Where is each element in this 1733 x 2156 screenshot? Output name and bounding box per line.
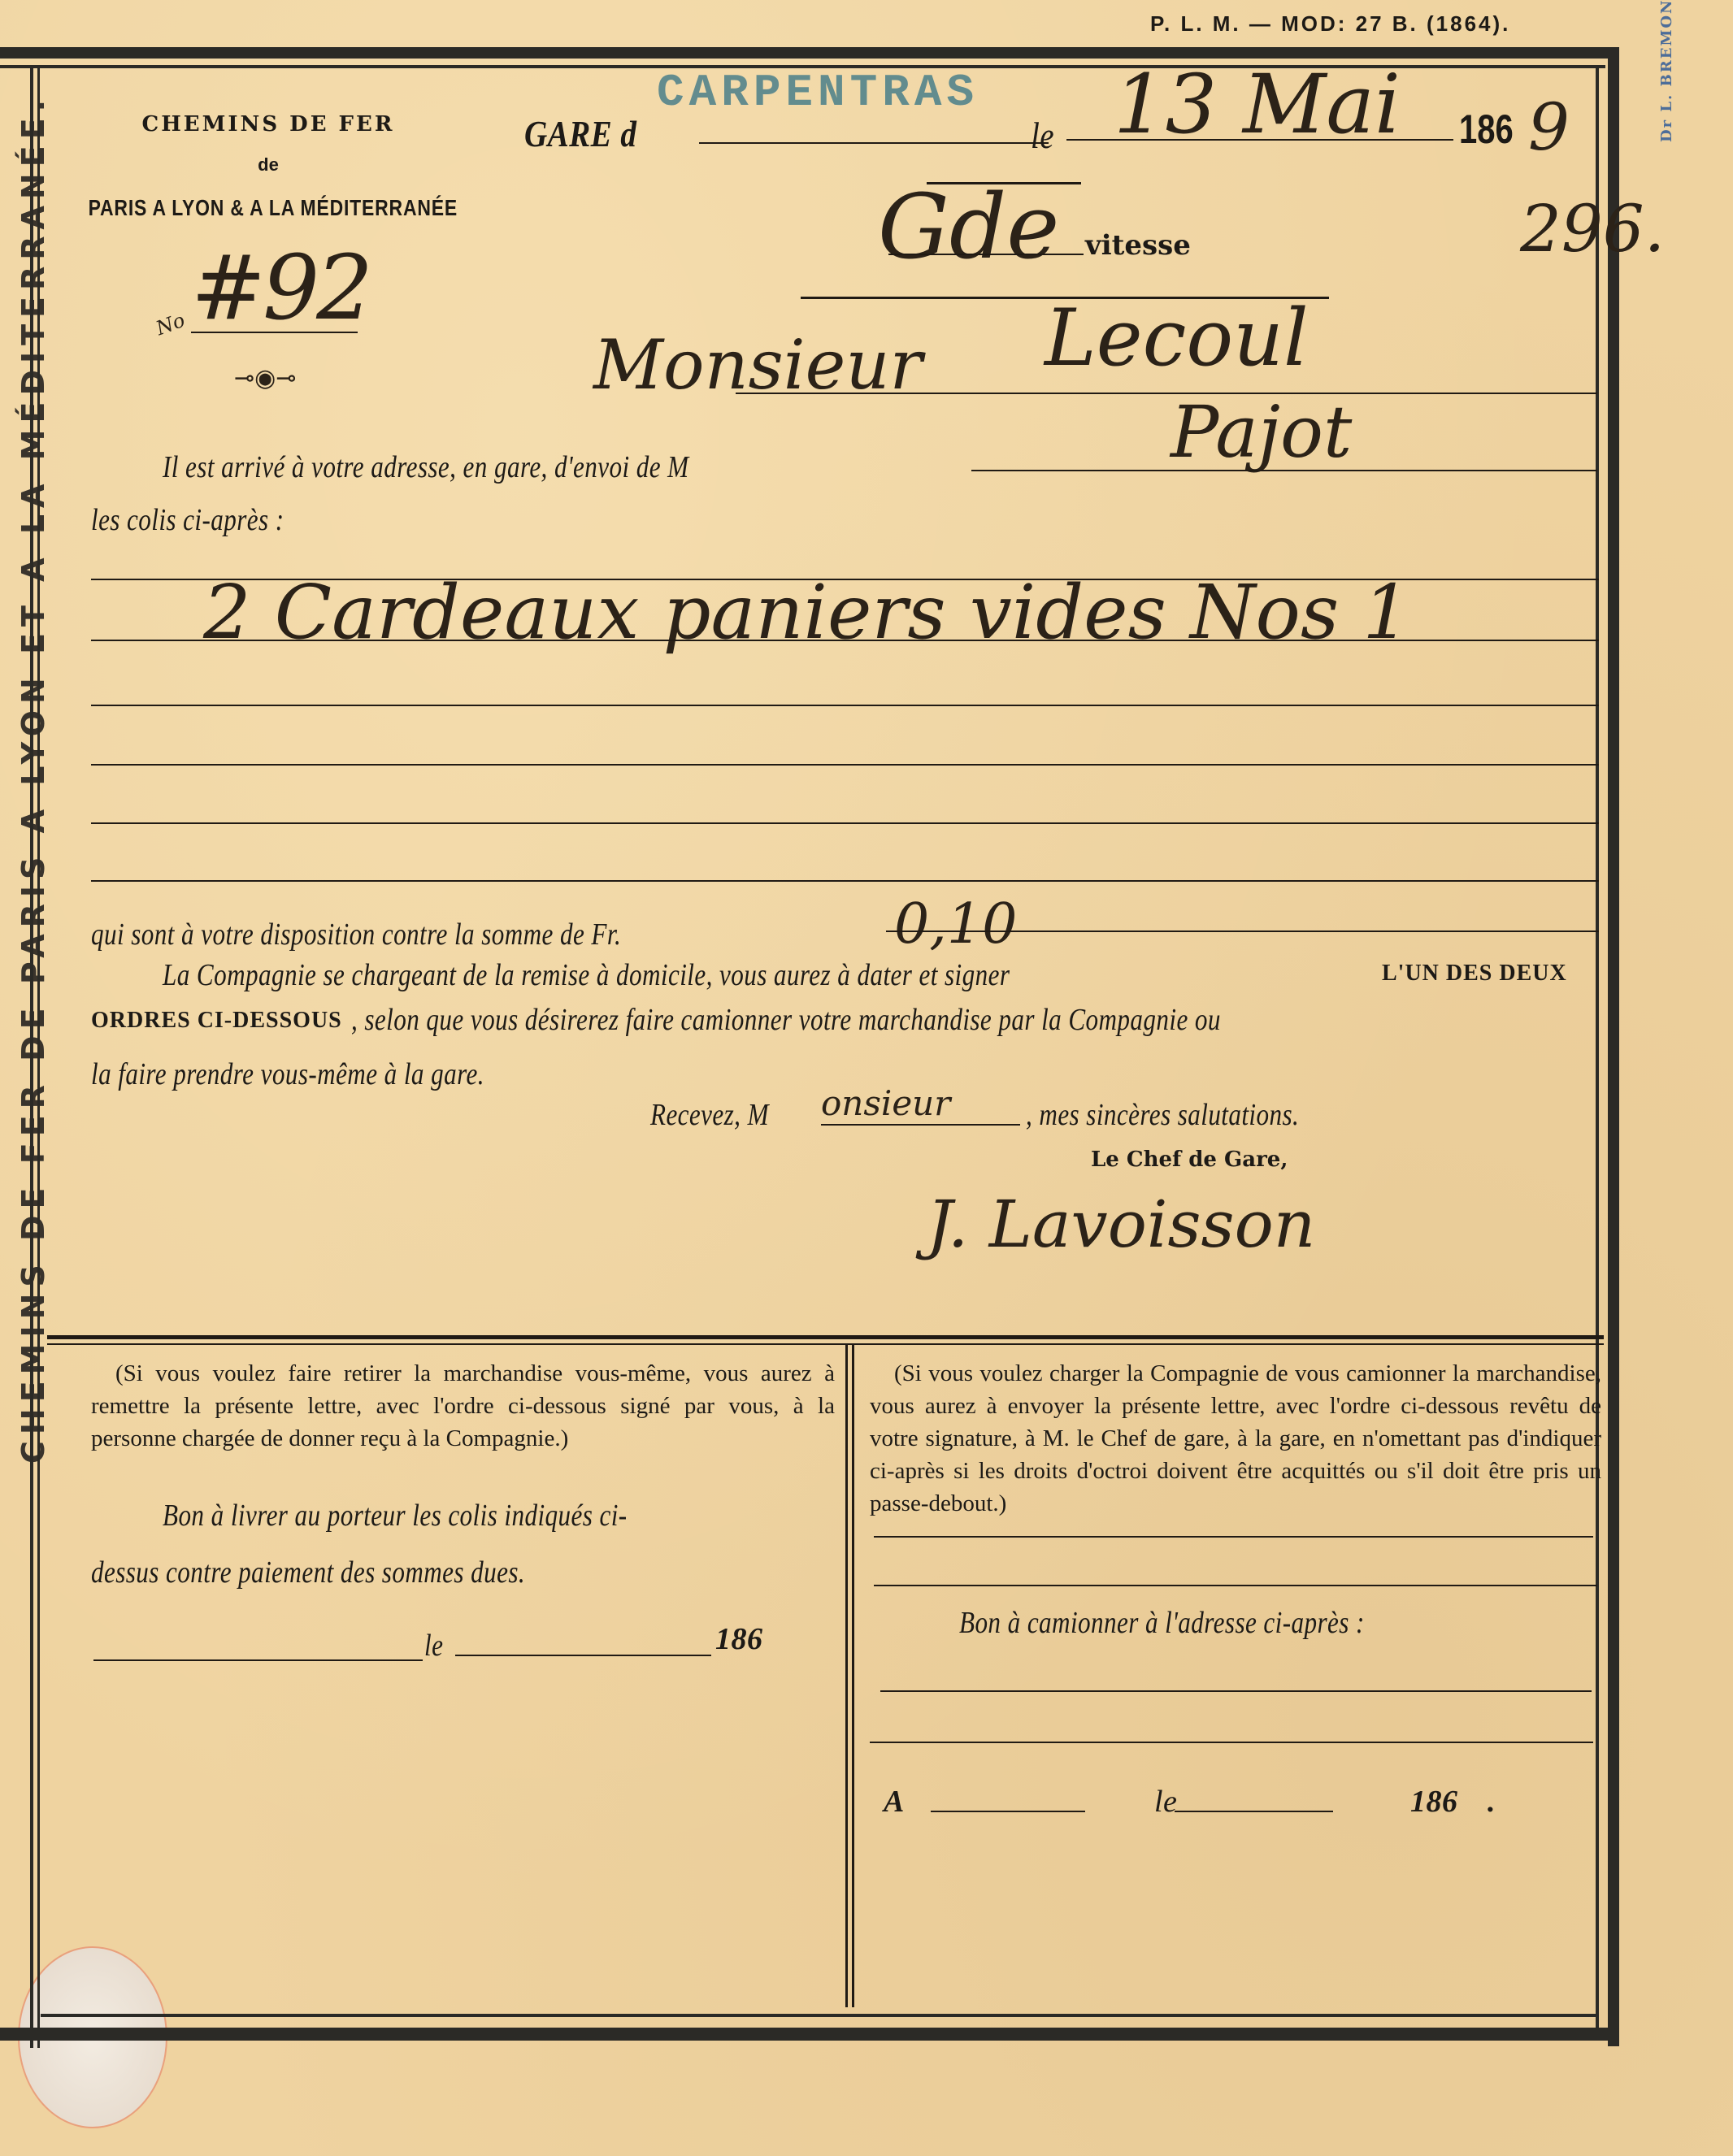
amount-value: 0,10 bbox=[894, 892, 1017, 957]
right-instructions: (Si vous voulez charger la Compagnie de … bbox=[870, 1357, 1601, 1520]
paragraph-line-2-text: , selon que vous désirerez faire camionn… bbox=[351, 1002, 1221, 1038]
gare-underline bbox=[699, 142, 1049, 144]
right-date-line bbox=[1175, 1811, 1333, 1812]
year-suffix: 9 bbox=[1528, 89, 1570, 165]
speed-label: vitesse bbox=[1085, 229, 1191, 262]
date-value: 13 Mai bbox=[1114, 57, 1401, 152]
frame-border-bottom-inner bbox=[41, 2014, 1597, 2017]
sender-name: Pajot bbox=[1171, 390, 1352, 474]
company-line-2: de bbox=[49, 154, 488, 176]
frame-border-right bbox=[1608, 47, 1619, 2046]
left-instructions: (Si vous voulez faire retirer la marchan… bbox=[91, 1357, 835, 1455]
addressee-name: Lecoul bbox=[1045, 293, 1309, 384]
column-divider-inner bbox=[852, 1345, 854, 2007]
addressee-underline bbox=[736, 393, 1597, 394]
closing-prefix: Recevez, M bbox=[650, 1097, 769, 1133]
left-date-le: le bbox=[424, 1628, 443, 1664]
right-address-line-4 bbox=[870, 1742, 1593, 1743]
printer-mark: Dr L. BREMOND bbox=[1658, 0, 1683, 142]
company-block: CHEMINS DE FER de PARIS A LYON & A LA MÉ… bbox=[49, 112, 488, 221]
company-line-1: CHEMINS DE FER bbox=[49, 112, 488, 137]
frame-border-left bbox=[30, 65, 33, 2048]
company-line-3: PARIS A LYON & A LA MÉDITERRANÉE bbox=[89, 195, 449, 221]
items-line-3 bbox=[91, 705, 1599, 706]
right-place-line bbox=[931, 1811, 1085, 1812]
left-date-line-2 bbox=[455, 1655, 711, 1656]
speed-rule-top bbox=[927, 182, 1081, 184]
paragraph-line-3: la faire prendre vous-même à la gare. bbox=[91, 1056, 484, 1092]
signature: J. Lavoisson bbox=[927, 1186, 1315, 1262]
paragraph-line-1-text: La Compagnie se chargeant de la remise à… bbox=[163, 957, 1010, 993]
right-order-text: Bon à camionner à l'adresse ci-après : bbox=[959, 1605, 1365, 1641]
closing-handwritten: onsieur bbox=[821, 1083, 950, 1123]
right-date-le: le bbox=[1154, 1784, 1177, 1820]
items-line-5 bbox=[91, 822, 1599, 824]
number-value: #92 bbox=[191, 236, 370, 340]
number-prefix: No bbox=[153, 309, 188, 340]
amount-text: qui sont à votre disposition contre la s… bbox=[91, 917, 621, 952]
date-underline bbox=[1066, 139, 1453, 141]
right-address-line-1 bbox=[874, 1536, 1593, 1538]
signature-title: Le Chef de Gare, bbox=[1091, 1147, 1288, 1172]
left-date-line-1 bbox=[93, 1659, 423, 1661]
closing-suffix: , mes sincères salutations. bbox=[1026, 1097, 1299, 1133]
column-divider bbox=[845, 1345, 848, 2007]
left-order-line-1: Bon à livrer au porteur les colis indiqu… bbox=[163, 1498, 628, 1533]
paragraph-line-1: La Compagnie se chargeant de la remise à… bbox=[163, 957, 1196, 993]
form-code: P. L. M. — MOD: 27 B. (1864). bbox=[1150, 11, 1510, 37]
gare-label: GARE d bbox=[524, 112, 636, 155]
frame-border-bottom bbox=[0, 2028, 1619, 2041]
speed-underline bbox=[888, 254, 1084, 255]
frame-border-right-inner bbox=[1596, 65, 1599, 2032]
section-divider bbox=[47, 1335, 1604, 1339]
items-line-2 bbox=[91, 640, 1599, 641]
right-date-end: . bbox=[1488, 1784, 1496, 1820]
frame-border-left-inner bbox=[37, 65, 40, 2048]
items-label: les colis ci-après : bbox=[91, 502, 284, 538]
number-underline bbox=[191, 332, 358, 333]
items-line-6 bbox=[91, 880, 1599, 882]
right-date-year: 186 bbox=[1410, 1784, 1458, 1820]
left-date-year: 186 bbox=[715, 1621, 763, 1657]
reference-number: 296. bbox=[1520, 191, 1665, 267]
items-line-4 bbox=[91, 764, 1599, 766]
arrival-text: Il est arrivé à votre adresse, en gare, … bbox=[163, 449, 689, 485]
speed-handwritten: Gde bbox=[878, 175, 1059, 279]
items-line-1 bbox=[91, 579, 1599, 580]
paragraph-line-2-caps: ORDRES CI-DESSOUS bbox=[91, 1008, 342, 1034]
sender-underline bbox=[971, 470, 1597, 471]
closing-underline bbox=[821, 1124, 1020, 1126]
right-place-prefix: A bbox=[884, 1784, 905, 1820]
items-handwritten: 2 Cardeaux paniers vides Nos 1 bbox=[203, 569, 1410, 656]
paragraph-line-1-caps: L'UN DES DEUX bbox=[1382, 961, 1567, 987]
amount-underline bbox=[886, 931, 1599, 932]
right-address-line-3 bbox=[880, 1690, 1592, 1692]
station-stamp: CARPENTRAS bbox=[657, 67, 979, 119]
year-prefix: 186 bbox=[1459, 106, 1514, 153]
left-order-line-2: dessus contre paiement des sommes dues. bbox=[91, 1555, 525, 1590]
section-divider-inner bbox=[47, 1343, 1604, 1345]
date-prefix: le bbox=[1031, 114, 1054, 157]
right-address-line-2 bbox=[874, 1585, 1597, 1586]
ornament-icon: ⊸◉⊸ bbox=[234, 364, 296, 393]
